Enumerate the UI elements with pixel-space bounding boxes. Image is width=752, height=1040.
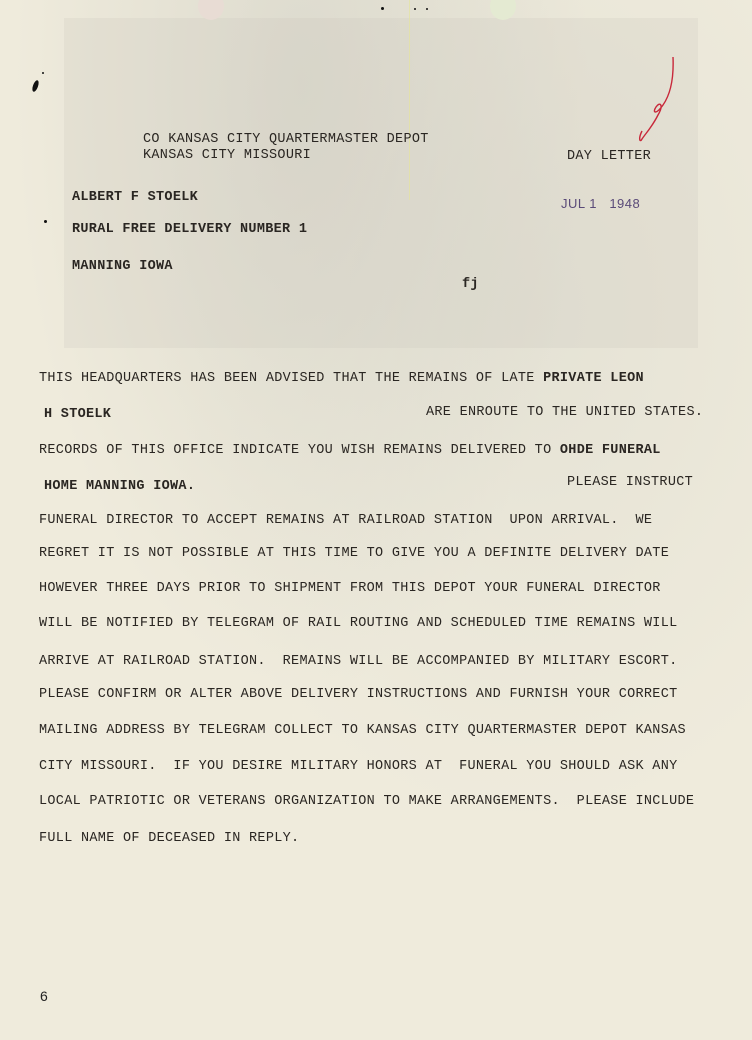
operator-initials: fj [462, 277, 479, 292]
body-line-8: WILL BE NOTIFIED BY TELEGRAM OF RAIL ROU… [39, 616, 678, 631]
sender-line-1: CO KANSAS CITY QUARTERMASTER DEPOT [143, 132, 429, 147]
telegram-class: DAY LETTER [567, 149, 651, 164]
body-line-1: THIS HEADQUARTERS HAS BEEN ADVISED THAT … [39, 371, 644, 386]
sender-line-2: KANSAS CITY MISSOURI [143, 148, 311, 163]
body-line-7: HOWEVER THREE DAYS PRIOR TO SHIPMENT FRO… [39, 581, 661, 596]
body-text: RECORDS OF THIS OFFICE INDICATE YOU WISH… [39, 443, 560, 458]
body-line-5: FUNERAL DIRECTOR TO ACCEPT REMAINS AT RA… [39, 513, 652, 528]
deceased-name: PRIVATE LEON [543, 371, 644, 386]
body-line-2: ARE ENROUTE TO THE UNITED STATES. [426, 405, 703, 420]
ink-speck [42, 72, 44, 74]
body-line-14: FULL NAME OF DECEASED IN REPLY. [39, 831, 299, 846]
page-number: 6 [40, 988, 48, 1004]
ink-blot [31, 80, 40, 93]
body-line-12: CITY MISSOURI. IF YOU DESIRE MILITARY HO… [39, 759, 678, 774]
ink-speck [44, 220, 47, 223]
body-line-3: RECORDS OF THIS OFFICE INDICATE YOU WISH… [39, 443, 661, 458]
recipient-address: RURAL FREE DELIVERY NUMBER 1 [72, 222, 307, 237]
recipient-name: ALBERT F STOELK [72, 190, 198, 205]
ink-speck [414, 8, 416, 10]
body-line-4: PLEASE INSTRUCT [567, 475, 693, 490]
date-stamp: JUL 1 1948 [561, 196, 640, 211]
body-line-11: MAILING ADDRESS BY TELEGRAM COLLECT TO K… [39, 723, 686, 738]
body-line-6: REGRET IT IS NOT POSSIBLE AT THIS TIME T… [39, 546, 669, 561]
ink-speck [381, 7, 384, 10]
body-line-9: ARRIVE AT RAILROAD STATION. REMAINS WILL… [39, 654, 678, 669]
punch-hole-right [490, 0, 516, 20]
funeral-home-cont: HOME MANNING IOWA. [44, 479, 195, 494]
document-page: CO KANSAS CITY QUARTERMASTER DEPOT KANSA… [0, 0, 752, 1040]
fold-line [409, 0, 410, 200]
funeral-home: OHDE FUNERAL [560, 443, 661, 458]
deceased-name-cont: H STOELK [44, 407, 111, 422]
body-text: THIS HEADQUARTERS HAS BEEN ADVISED THAT … [39, 371, 543, 386]
pencil-check-mark-icon [628, 55, 678, 145]
body-line-13: LOCAL PATRIOTIC OR VETERANS ORGANIZATION… [39, 794, 694, 809]
body-line-10: PLEASE CONFIRM OR ALTER ABOVE DELIVERY I… [39, 687, 678, 702]
recipient-city: MANNING IOWA [72, 259, 173, 274]
punch-hole-left [198, 0, 224, 20]
paper-shading [64, 18, 698, 348]
ink-speck [426, 8, 428, 10]
